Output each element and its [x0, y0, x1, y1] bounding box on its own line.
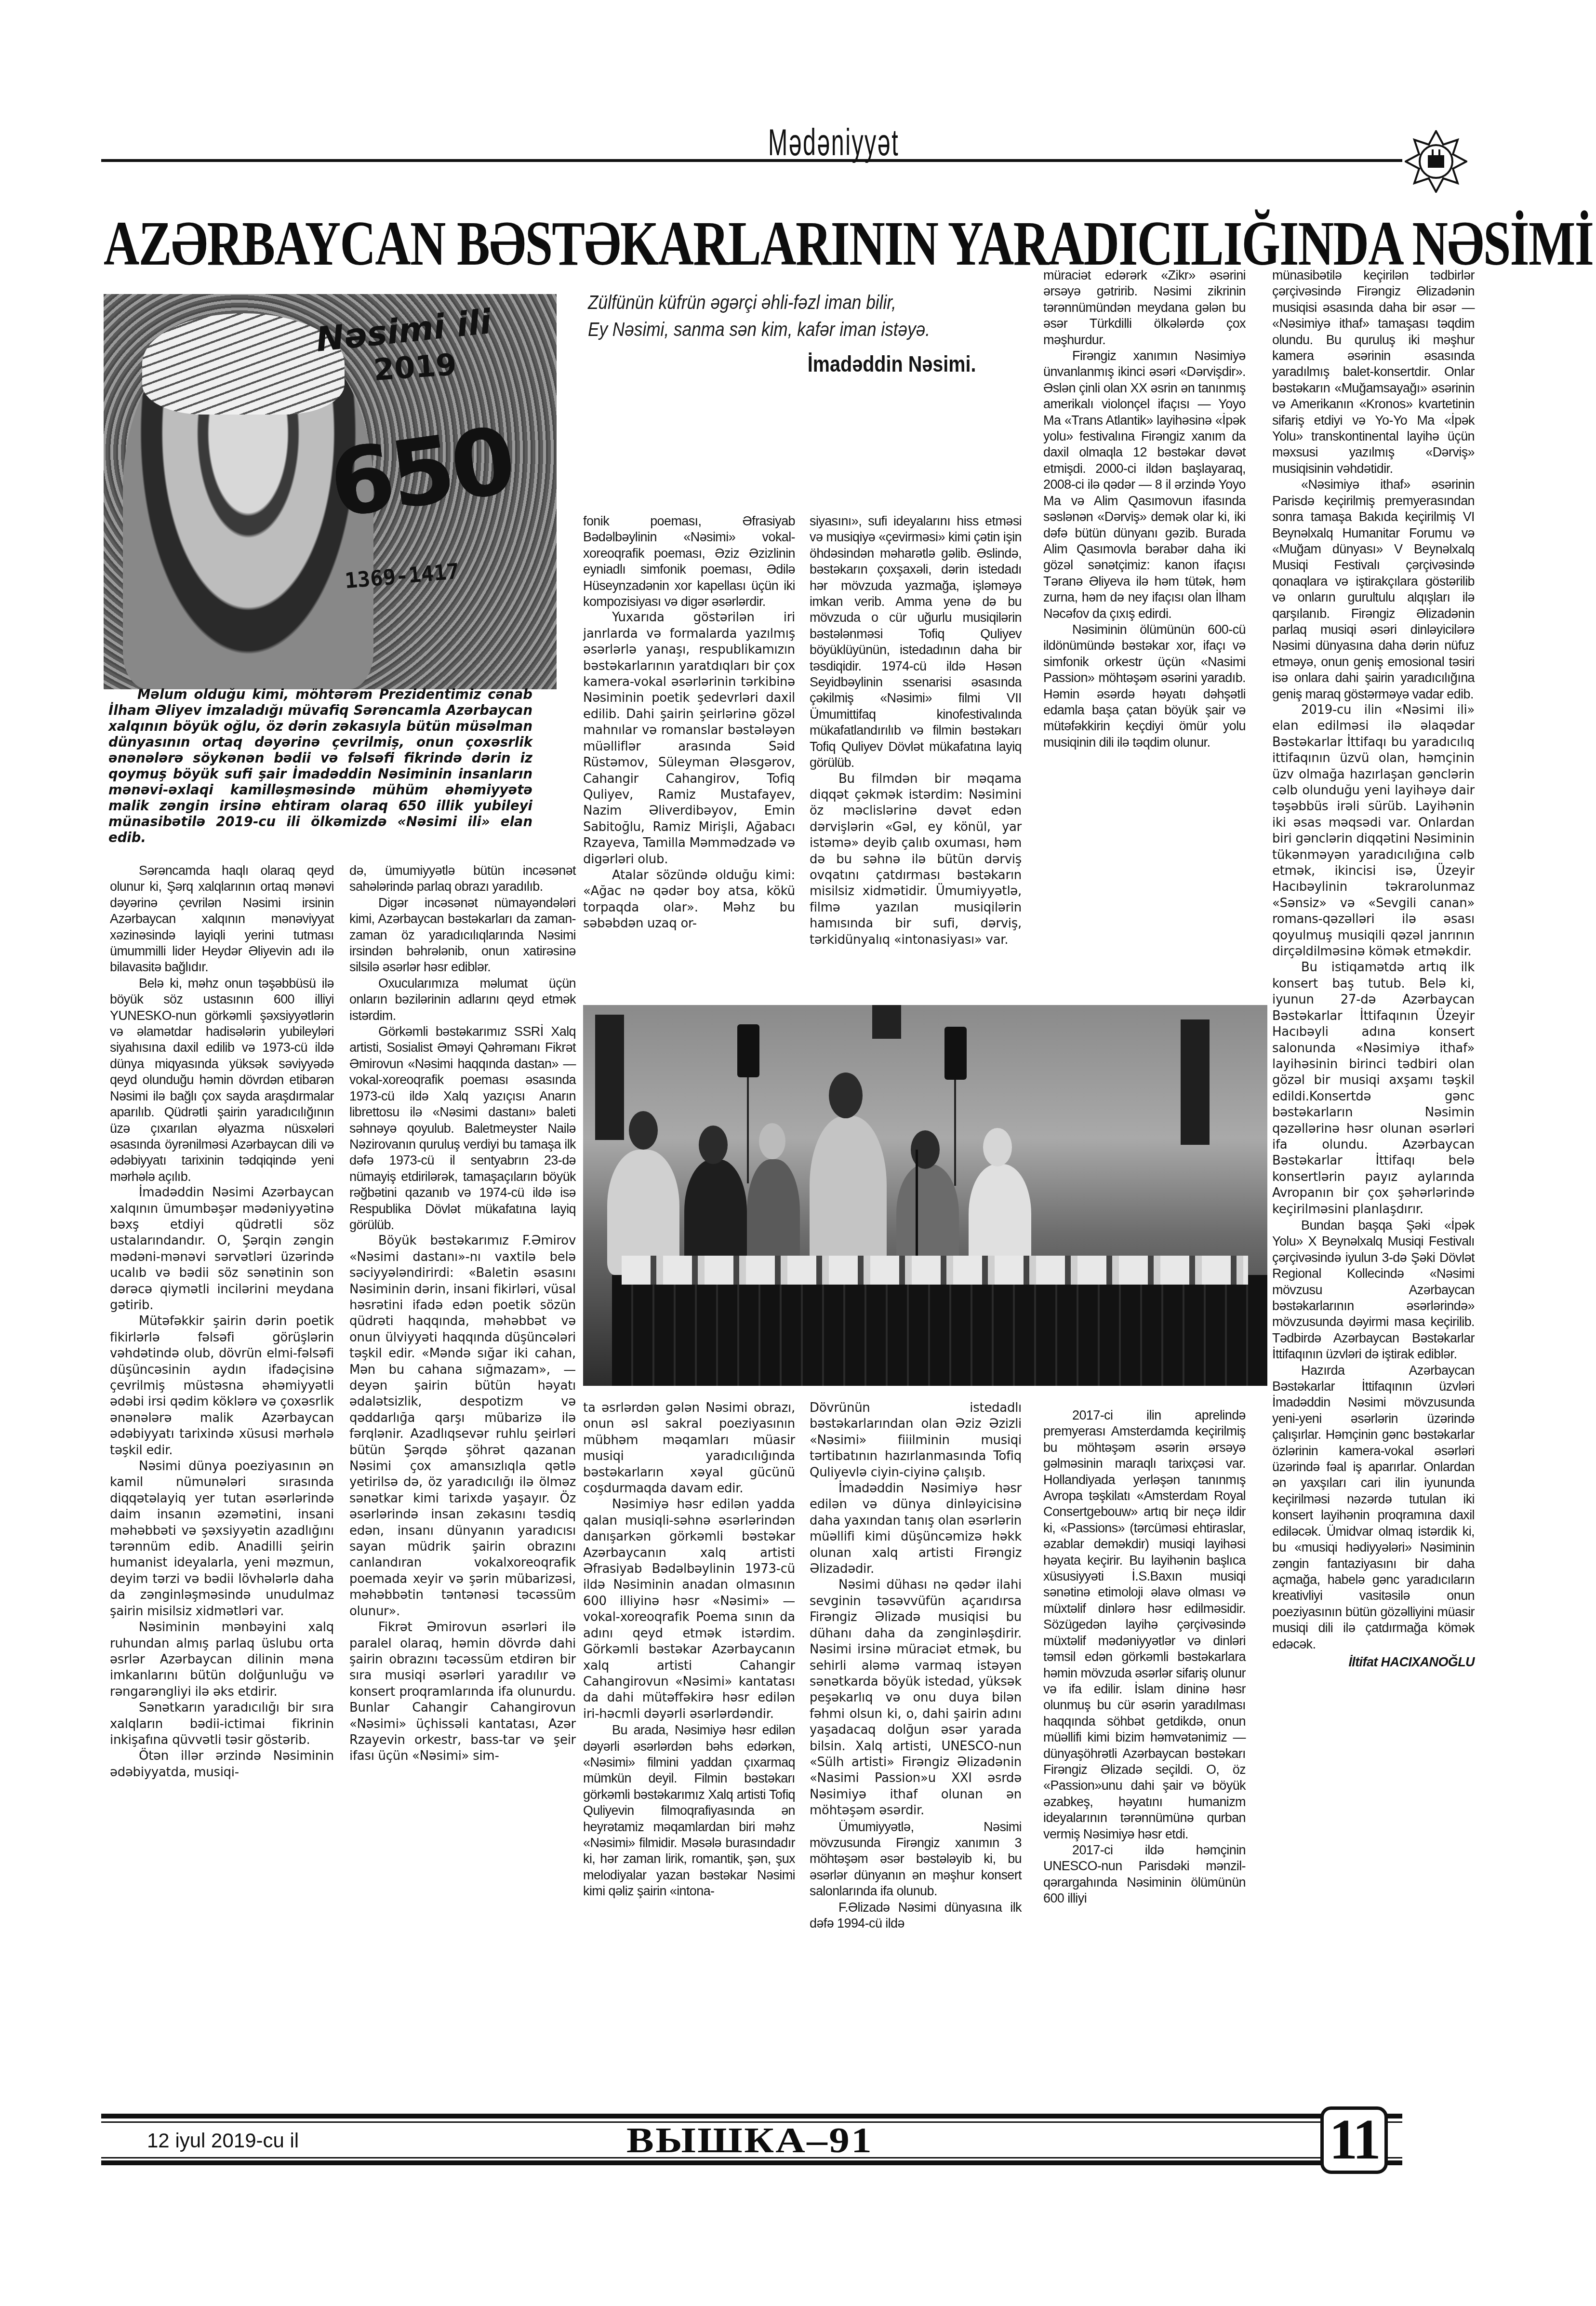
books-on-table — [622, 1256, 1248, 1285]
paragraph: fonik poeması, Əfrasiyab Bədəlbəylinin «… — [583, 513, 795, 610]
speaker — [737, 1024, 759, 1077]
page-number: 11 — [1320, 2106, 1388, 2174]
paragraph: İmadəddin Nəsimiyə həsr edilən və dünya … — [810, 1481, 1022, 1577]
paragraph: Oxucularımıza məlumat üçün onların bəzil… — [349, 976, 576, 1024]
paragraph: Atalar sözündə olduğu kimi: «Ağac nə qəd… — [583, 868, 795, 932]
paragraph: Firəngiz xanımın Nəsimiyə ünvanlanmış ik… — [1043, 348, 1246, 622]
paragraph: Sərəncamda haqlı olaraq qeyd olunur ki, … — [110, 863, 334, 976]
article-lead: Məlum olduğu kimi, möhtərəm Prezidentimi… — [108, 687, 532, 846]
paragraph: Belə ki, məhz onun təşəbbüsü ilə böyük s… — [110, 976, 334, 1185]
panelist-head — [629, 1111, 658, 1150]
paragraph: də, ümumiyyətlə bütün incəsənət sahələri… — [349, 863, 576, 895]
paragraph: «Nəsimiyə ithaf» əsərinin Parisdə keçiri… — [1272, 477, 1475, 702]
panelist-head — [759, 1123, 785, 1159]
section-rule — [101, 159, 1402, 162]
column-6: münasibətilə keçirilən tədbirlər çərçivə… — [1272, 268, 1475, 1670]
speaker-stand — [747, 1077, 749, 1183]
column-1: Sərəncamda haqlı olaraq qeyd olunur ki, … — [110, 863, 334, 1781]
door — [1181, 1019, 1210, 1145]
paragraph: Fikrət Əmirovun əsərləri ilə paralel ola… — [349, 1620, 576, 1765]
paragraph: F.Əlizadə Nəsimi dünyasına ilk dəfə 1994… — [810, 1900, 1022, 1932]
wall-portrait — [872, 1005, 901, 1039]
byline: İltifat HACIXANOĞLU — [1272, 1654, 1475, 1670]
paragraph: İmadəddin Nəsimi Azərbaycan xalqının ümu… — [110, 1185, 334, 1314]
event-photo — [583, 1005, 1267, 1386]
epigraph-line-2: Ey Nəsimi, sanma sən kim, kafər iman ist… — [588, 316, 970, 343]
paragraph: Bundan başqa Şəki «İpək Yolu» X Beynəlxa… — [1272, 1218, 1475, 1363]
panelist-head — [911, 1130, 940, 1169]
paragraph: Dövrünün istedadlı bəstəkarlarından olan… — [810, 1400, 1022, 1481]
paragraph: 2017-ci ilin aprelində premyerası Amster… — [1043, 1408, 1246, 1842]
paragraph: 2017-ci ildə həmçinin UNESCO-nun Parisdə… — [1043, 1842, 1246, 1907]
paragraph: Sənətkarın yaradıcılığı bir sıra xalqlar… — [110, 1700, 334, 1748]
column-3-bottom: ta əsrlərdən gələn Nəsimi obrazı, onun ə… — [583, 1400, 795, 1900]
paragraph: Nəsimi dünya poeziyasının ən kamil nümun… — [110, 1459, 334, 1620]
nasimi-portrait-image: Nəsimi ili 2019 650 1369-1417 — [104, 294, 557, 689]
page-footer: 12 iyul 2019-cu il ВЫШКА–91 11 — [101, 2114, 1523, 2167]
paragraph: Böyük bəstəkarımız F.Əmirov «Nəsimi dast… — [349, 1233, 576, 1620]
paragraph: Hazırda Azərbaycan Bəstəkarlar İttifaqın… — [1272, 1363, 1475, 1652]
paragraph: Yuxarıda göstərilən iri janrlarda və for… — [583, 610, 795, 868]
footer-rule — [101, 2160, 1402, 2165]
paragraph: Nəsimiyə həsr edilən yadda qalan musiqli… — [583, 1497, 795, 1722]
paragraph: Bu filmdən bir məqama diqqət çəkmək istə… — [810, 771, 1022, 948]
newspaper-name: ВЫШКА–91 — [626, 2123, 873, 2158]
paragraph: Mütəfəkkir şairin dərin poetik fikirlərl… — [110, 1314, 334, 1459]
section-header: Mədəniyyət — [101, 111, 1518, 169]
paragraph: münasibətilə keçirilən tədbirlər çərçivə… — [1272, 268, 1475, 477]
door — [595, 1015, 624, 1140]
paragraph: siyasını», sufi ideyalarını hiss etməsi … — [810, 513, 1022, 771]
speaker-stand — [954, 1080, 956, 1186]
paragraph: Nəsiminin ölümünün 600-cü ildönümündə bə… — [1043, 622, 1246, 751]
epigraph-author: İmadəddin Nəsimi. — [649, 347, 1022, 381]
issue-date: 12 iyul 2019-cu il — [147, 2127, 299, 2154]
column-4-top: siyasını», sufi ideyalarını hiss etməsi … — [810, 513, 1022, 948]
table — [612, 1275, 1267, 1386]
portrait-turban — [142, 313, 345, 415]
speaker-woman — [810, 1116, 887, 1270]
paragraph: Bu istiqamətdə artıq ilk konsert baş tut… — [1272, 960, 1475, 1218]
epigraph-line-1: Zülfünün küfrün əgərçi əhli-fəzl iman bi… — [588, 289, 970, 316]
paragraph: Görkəmli bəstəkarımız SSRİ Xalq artisti,… — [349, 1024, 576, 1233]
eight-point-star-emblem-icon — [1405, 130, 1467, 193]
paragraph: müraciət edərərk «Zikr» əsərini ərsəyə g… — [1043, 268, 1246, 348]
article-headline: AZƏRBAYCAN BƏSTƏKARLARININ YARADICILIĞIN… — [104, 207, 1179, 280]
portrait-caption-year: 2019 — [372, 347, 458, 388]
panelist-head — [699, 1126, 728, 1164]
paragraph: Ümumiyyətlə, Nəsimi mövzusunda Firəngiz … — [810, 1819, 1022, 1900]
paragraph: 2019-cu ilin «Nəsimi ili» elan edilməsi … — [1272, 702, 1475, 960]
panelist-head — [983, 1128, 1012, 1166]
paragraph: ta əsrlərdən gələn Nəsimi obrazı, onun ə… — [583, 1400, 795, 1497]
epigraph: Zülfünün küfrün əgərçi əhli-fəzl iman bi… — [588, 289, 1022, 381]
column-5-top: müraciət edərərk «Zikr» əsərini ərsəyə g… — [1043, 268, 1246, 751]
speaker-woman-head — [829, 1073, 863, 1118]
paragraph: Ötən illər ərzində Nəsiminin ədəbiyyatda… — [110, 1748, 334, 1781]
column-2: də, ümumiyyətlə bütün incəsənət sahələri… — [349, 863, 576, 1765]
column-4-bottom: Dövrünün istedadlı bəstəkarlarından olan… — [810, 1400, 1022, 1931]
column-5-bottom: 2017-ci ilin aprelində premyerası Amster… — [1043, 1408, 1246, 1907]
paragraph: Digər incəsənət nümayəndələri kimi, Azər… — [349, 895, 576, 976]
column-3-top: fonik poeması, Əfrasiyab Bədəlbəylinin «… — [583, 513, 795, 932]
section-title: Mədəniyyət — [738, 121, 930, 164]
speaker — [944, 1027, 967, 1080]
paragraph: Nəsiminin mənbəyini xalq ruhundan almış … — [110, 1620, 334, 1700]
paragraph: Nəsimi dühası nə qədər ilahi sevginin tə… — [810, 1577, 1022, 1819]
footer-rule — [101, 2114, 1402, 2118]
paragraph: Bu arada, Nəsimiyə həsr edilən dəyərli ə… — [583, 1722, 795, 1899]
